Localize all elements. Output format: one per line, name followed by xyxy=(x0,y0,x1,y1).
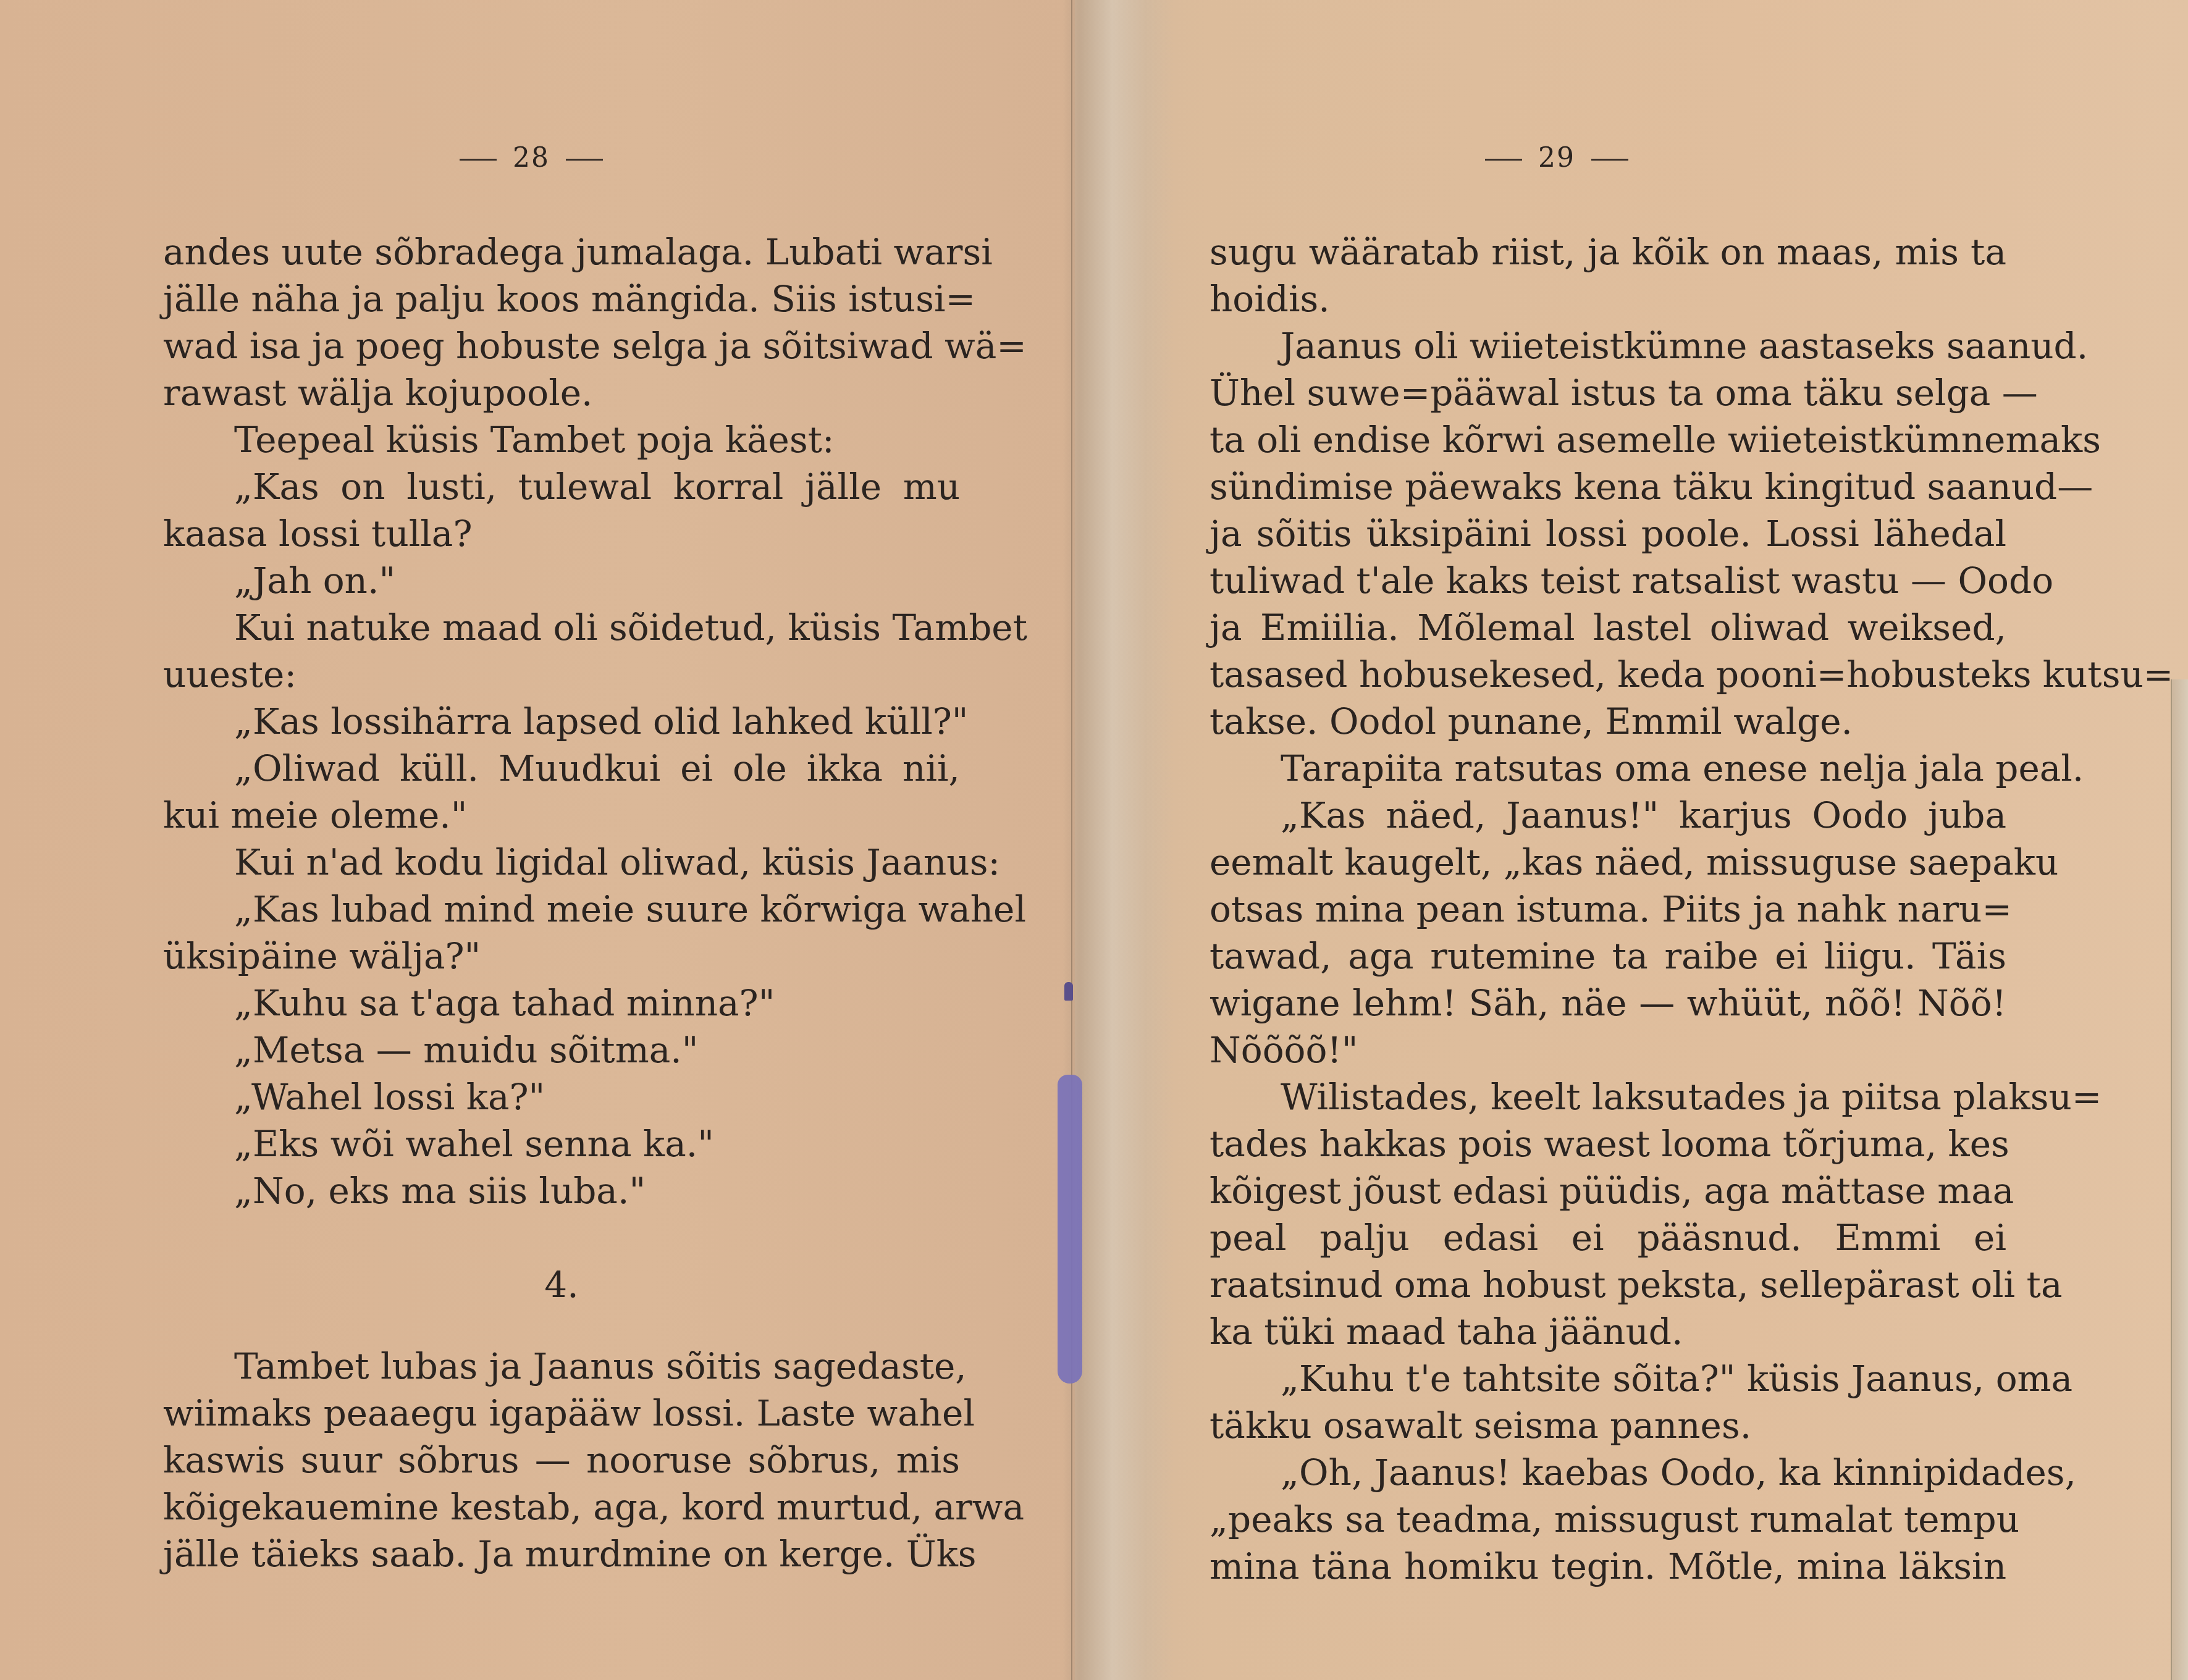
text-line: Kui n'ad kodu ligidal oliwad, küsis Jaan… xyxy=(163,839,960,886)
text-line: uueste: xyxy=(163,651,960,698)
text-line: peal palju edasi ei pääsnud. Emmi ei xyxy=(1210,1214,2006,1261)
ink-stain xyxy=(1058,1075,1082,1384)
text-line: tasased hobusekesed, keda pooni=hobustek… xyxy=(1210,651,2006,698)
text-line: Tarapiita ratsutas oma enese nelja jala … xyxy=(1210,745,2006,792)
dash-icon xyxy=(566,159,603,161)
text-line: rawast wälja kojupoole. xyxy=(163,369,960,416)
text-line: ja Emiilia. Mõlemal lastel oliwad weikse… xyxy=(1210,604,2006,651)
text-line: tades hakkas pois waest looma tõrjuma, k… xyxy=(1210,1120,2006,1167)
text-line: Wilistades, keelt laksutades ja piitsa p… xyxy=(1210,1073,2006,1120)
text-line: ja sõitis üksipäini lossi poole. Lossi l… xyxy=(1210,510,2006,557)
text-line: „Kas on lusti, tulewal korral jälle mu xyxy=(163,463,960,510)
dash-icon xyxy=(460,159,497,161)
text-line: wad isa ja poeg hobuste selga ja sõitsiw… xyxy=(163,322,960,369)
text-line: „Eks wõi wahel senna ka." xyxy=(163,1120,960,1167)
ink-stain-small xyxy=(1064,982,1073,1001)
text-line: Kui natuke maad oli sõidetud, küsis Tamb… xyxy=(163,604,960,651)
text-line: kaasa lossi tulla? xyxy=(163,510,960,557)
text-line: Nõõõõ!" xyxy=(1210,1027,2006,1073)
text-line: „Wahel lossi ka?" xyxy=(163,1073,960,1120)
page-number-right: 29 xyxy=(1433,142,1680,174)
text-line: kõigest jõust edasi püüdis, aga mättase … xyxy=(1210,1167,2006,1214)
text-line: andes uute sõbradega jumalaga. Lubati wa… xyxy=(163,229,960,275)
text-line: „Kas näed, Jaanus!" karjus Oodo juba xyxy=(1210,792,2006,839)
page-number-left: 28 xyxy=(408,142,655,174)
text-line: üksipäine wälja?" xyxy=(163,933,960,980)
text-line: jälle näha ja palju koos mängida. Siis i… xyxy=(163,275,960,322)
text-line: eemalt kaugelt, „kas näed, missuguse sae… xyxy=(1210,839,2006,886)
page-edge xyxy=(2171,679,2188,1680)
chapter-heading: 4. xyxy=(163,1261,960,1308)
spine-fold xyxy=(1071,0,1072,1680)
dash-icon xyxy=(1485,159,1522,161)
text-line: Tambet lubas ja Jaanus sõitis sagedaste, xyxy=(163,1343,960,1390)
text-line: Jaanus oli wiieteistkümne aastaseks saan… xyxy=(1210,322,2006,369)
text-line: hoidis. xyxy=(1210,275,2006,322)
text-line: „Oliwad küll. Muudkui ei ole ikka nii, xyxy=(163,745,960,792)
text-line: „No, eks ma siis luba." xyxy=(163,1167,960,1214)
right-page-text: sugu wääratab riist, ja kõik on maas, mi… xyxy=(1210,229,2006,1590)
text-line: ka tüki maad taha jäänud. xyxy=(1210,1308,2006,1355)
text-line: takse. Oodol punane, Emmil walge. xyxy=(1210,698,2006,745)
text-line: tawad, aga rutemine ta raibe ei liigu. T… xyxy=(1210,933,2006,980)
text-line: wigane lehm! Säh, näe — whüüt, nõõ! Nõõ! xyxy=(1210,980,2006,1027)
left-page-text: andes uute sõbradega jumalaga. Lubati wa… xyxy=(163,229,960,1577)
text-line: otsas mina pean istuma. Piits ja nahk na… xyxy=(1210,886,2006,933)
book-gutter xyxy=(1062,0,1174,1680)
text-line: kui meie oleme." xyxy=(163,792,960,839)
dash-icon xyxy=(1591,159,1628,161)
book-spread: 28 29 andes uute sõbradega jumalaga. Lub… xyxy=(0,0,2188,1680)
text-line: sündimise päewaks kena täku kingitud saa… xyxy=(1210,463,2006,510)
text-line: „Kas lubad mind meie suure kõrwiga wahel xyxy=(163,886,960,933)
text-line: mina täna homiku tegin. Mõtle, mina läks… xyxy=(1210,1543,2006,1590)
text-line: kaswis suur sõbrus — nooruse sõbrus, mis xyxy=(163,1437,960,1484)
text-line: jälle täieks saab. Ja murdmine on kerge.… xyxy=(163,1531,960,1577)
text-line: ta oli endise kõrwi asemelle wiieteistkü… xyxy=(1210,416,2006,463)
text-line: „peaks sa teadma, missugust rumalat temp… xyxy=(1210,1496,2006,1543)
text-line: täkku osawalt seisma pannes. xyxy=(1210,1402,2006,1449)
text-line: Teepeal küsis Tambet poja käest: xyxy=(163,416,960,463)
text-line: „Kuhu sa t'aga tahad minna?" xyxy=(163,980,960,1027)
text-line: raatsinud oma hobust peksta, sellepärast… xyxy=(1210,1261,2006,1308)
text-line: Ühel suwe=pääwal istus ta oma täku selga… xyxy=(1210,369,2006,416)
text-line: „Metsa — muidu sõitma." xyxy=(163,1027,960,1073)
text-line: „Jah on." xyxy=(163,557,960,604)
text-line: tuliwad t'ale kaks teist ratsalist wastu… xyxy=(1210,557,2006,604)
text-line: sugu wääratab riist, ja kõik on maas, mi… xyxy=(1210,229,2006,275)
text-line: „Kuhu t'e tahtsite sõita?" küsis Jaanus,… xyxy=(1210,1355,2006,1402)
text-line: kõigekauemine kestab, aga, kord murtud, … xyxy=(163,1484,960,1531)
text-line: „Oh, Jaanus! kaebas Oodo, ka kinnipidade… xyxy=(1210,1449,2006,1496)
text-line: „Kas lossihärra lapsed olid lahked küll?… xyxy=(163,698,960,745)
text-line: wiimaks peaaegu igapääw lossi. Laste wah… xyxy=(163,1390,960,1437)
